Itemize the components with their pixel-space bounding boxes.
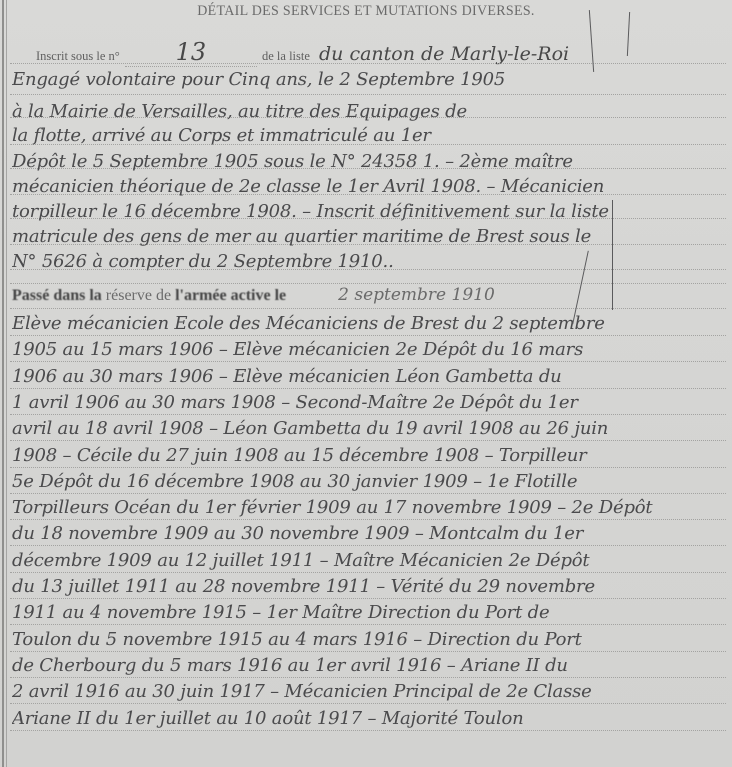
ruled-line: [10, 283, 726, 284]
registration-label-prefix: Inscrit sous le n°: [36, 49, 120, 63]
handwritten-line: 1911 au 4 novembre 1915 – 1er Maître Dir…: [12, 601, 724, 625]
handwritten-line: 2 avril 1916 au 30 juin 1917 – Mécanicie…: [12, 680, 724, 704]
handwritten-line: Elève mécanicien Ecole des Mécaniciens d…: [12, 312, 724, 336]
registration-label-middle: de la liste: [262, 49, 310, 63]
handwritten-line: du 13 juillet 1911 au 28 novembre 1911 –…: [12, 575, 724, 599]
handwritten-line: Dépôt le 5 Septembre 1905 sous le N° 243…: [12, 150, 724, 174]
handwritten-line: 1906 au 30 mars 1906 – Elève mécanicien …: [12, 365, 724, 389]
handwritten-line: la flotte, arrivé au Corps et immatricul…: [12, 124, 724, 148]
handwritten-line: avril au 18 avril 1908 – Léon Gambetta d…: [12, 417, 724, 441]
handwritten-line: matricule des gens de mer au quartier ma…: [12, 225, 724, 249]
handwritten-line: de Cherbourg du 5 mars 1916 au 1er avril…: [12, 654, 724, 678]
stamp-date: 2 septembre 1910: [338, 285, 495, 305]
ruled-line: [10, 308, 726, 309]
registration-list-value: du canton de Marly-le-Roi: [319, 43, 569, 65]
ruled-line: [10, 94, 726, 95]
handwritten-line: 1905 au 15 mars 1906 – Elève mécanicien …: [12, 338, 724, 362]
page-border-inner: [6, 0, 7, 767]
handwritten-line: à la Mairie de Versailles, au titre des …: [12, 100, 724, 124]
handwritten-line: 1 avril 1906 au 30 mars 1908 – Second-Ma…: [12, 391, 724, 415]
handwritten-line: Torpilleurs Océan du 1er février 1909 au…: [12, 496, 724, 520]
ruled-line: [10, 63, 726, 64]
handwritten-line: décembre 1909 au 12 juillet 1911 – Maîtr…: [12, 549, 724, 573]
handwritten-line: torpilleur le 16 décembre 1908. – Inscri…: [12, 200, 724, 224]
stamp-text-dark-1: Passé dans la: [12, 287, 102, 304]
handwritten-line: 1908 – Cécile du 27 juin 1908 au 15 déce…: [12, 444, 724, 468]
handwritten-line: Ariane II du 1er juillet au 10 août 1917…: [12, 707, 724, 731]
stamp-text-dark-2: l'armée active le: [175, 287, 286, 304]
reserve-stamp-line: Passé dans la réserve de l'armée active …: [12, 285, 495, 305]
section-heading: DÉTAIL DES SERVICES ET MUTATIONS DIVERSE…: [0, 4, 732, 21]
page-border: [2, 0, 4, 767]
handwritten-line: Toulon du 5 novembre 1915 au 4 mars 1916…: [12, 628, 724, 652]
handwritten-line: N° 5626 à compter du 2 Septembre 1910..: [12, 250, 724, 274]
stamp-text-light: réserve de: [106, 287, 171, 304]
pen-stroke: [612, 200, 613, 310]
handwritten-line: 5e Dépôt du 16 décembre 1908 au 30 janvi…: [12, 470, 724, 494]
handwritten-line: mécanicien théorique de 2e classe le 1er…: [12, 175, 724, 199]
handwritten-line: Engagé volontaire pour Cinq ans, le 2 Se…: [12, 68, 724, 92]
document-page: DÉTAIL DES SERVICES ET MUTATIONS DIVERSE…: [0, 0, 732, 767]
handwritten-line: du 18 novembre 1909 au 30 novembre 1909 …: [12, 522, 724, 546]
